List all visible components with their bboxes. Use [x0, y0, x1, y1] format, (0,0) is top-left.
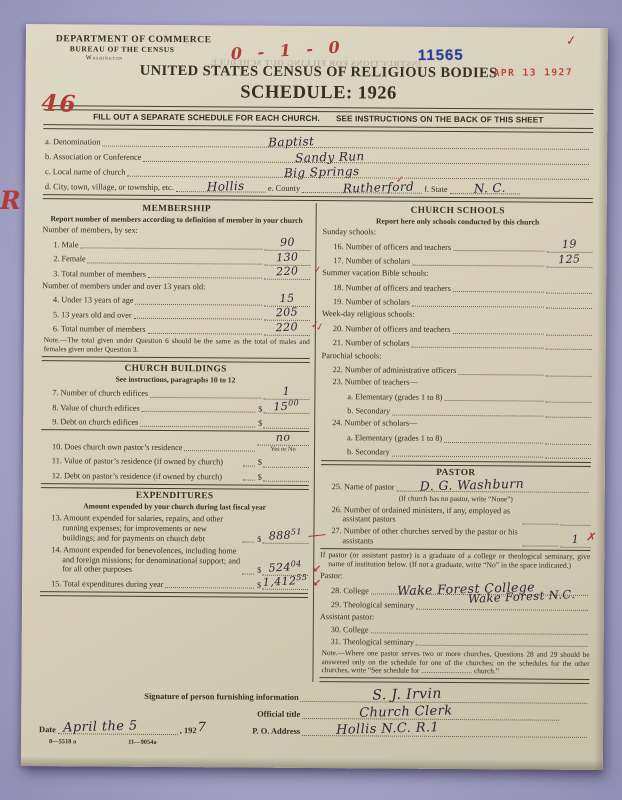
q-label: 21. Number of scholars [333, 338, 410, 348]
rule [42, 356, 310, 363]
q-value: 220 [275, 321, 298, 335]
date-label: Date [39, 725, 56, 735]
form-subtitle: SCHEDULE: 1926 [43, 81, 593, 107]
q-value: 205 [276, 307, 299, 321]
group-label: Parochial schools: [322, 351, 592, 363]
expenditures-subtitle: Amount expended by your church during la… [41, 502, 309, 513]
official-title-label: Official title [257, 709, 300, 719]
q5-row: 5. 13 years old and over 205 [42, 307, 310, 321]
q-label: 11. Value of pastor’s residence (if owne… [52, 456, 241, 467]
q-value: 888 [269, 529, 292, 543]
membership-subtitle: Report number of members according to de… [43, 215, 311, 226]
rule [321, 460, 591, 467]
margin-letter-annotation: R [0, 186, 21, 215]
q-label: 6. Total number of members [53, 324, 146, 334]
dollar-sign: $ [258, 419, 262, 429]
q16-row: 16. Number of officers and teachers 19 [322, 239, 592, 253]
q24a-row: a. Elementary (grades 1 to 8) [321, 431, 591, 445]
buildings-subtitle: See instructions, paragraphs 10 to 12 [41, 375, 309, 386]
q17-row: 17. Number of scholars 125 [322, 254, 592, 268]
expenditures-title: EXPENDITURES [41, 490, 309, 503]
q-label: 3. Total number of members [53, 269, 146, 279]
form-code-1: 8—5518 a [49, 738, 76, 746]
dollar-sign: $ [258, 472, 262, 482]
schools-subtitle: Report here only schools conducted by th… [323, 217, 593, 228]
group-label: Number of members, by sex: [43, 225, 311, 237]
q-value: 220 [276, 266, 299, 280]
form-columns: MEMBERSHIP Report number of members acco… [39, 201, 592, 683]
received-date-stamp: APR 13 1927 [494, 67, 574, 79]
q21-row: 21. Number of scholars [322, 336, 592, 350]
q-label: 26. Number of ordained ministers, if any… [332, 505, 521, 526]
q-value: 90 [280, 237, 295, 251]
q-label: b. Secondary [347, 406, 390, 416]
field-label: e. County [268, 184, 300, 194]
red-arrow: ↙ [313, 564, 321, 576]
q22-row: 22. Number of administrative officers [322, 363, 592, 377]
field-label: a. Denomination [45, 137, 100, 147]
q14-row: 14. Amount expended for benevolences, in… [40, 545, 308, 576]
margin-number-annotation: 46 [41, 89, 78, 118]
checkmark: ✓ [312, 265, 322, 278]
serial-number-stamp: 11565 [418, 47, 464, 65]
field-label: d. City, town, village, or township, etc… [45, 182, 174, 193]
group-label: Sunday schools: [323, 227, 593, 239]
q-label: 4. Under 13 years of age [53, 295, 134, 305]
q-label: 25. Name of pastor [332, 482, 395, 492]
q20-row: 20. Number of officers and teachers [322, 322, 592, 336]
q-value: 130 [276, 251, 299, 265]
field-city-county-state: d. City, town, village, or township, etc… [45, 177, 591, 196]
q-label: 16. Number of officers and teachers [333, 242, 451, 252]
red-arrow: ↙ [313, 578, 321, 590]
q2-row: 2. Female 130 [42, 252, 310, 266]
q-label: 19. Number of scholars [333, 297, 410, 307]
rule [40, 591, 308, 598]
q24-heading: 24. Number of scholars— [321, 418, 591, 430]
q1-row: 1. Male 90 [42, 237, 310, 251]
q-label: 1. Male [53, 240, 78, 250]
q15-row: 15. Total expenditures during year $ 1,4… [40, 576, 308, 590]
q-label: 7. Number of church edifices [52, 389, 148, 399]
q-label: a. Elementary (grades 1 to 8) [347, 433, 442, 443]
q-value: no [276, 431, 291, 445]
q-label: b. Secondary [347, 448, 390, 458]
q-label: 5. 13 years old and over [53, 310, 132, 320]
right-column: CHURCH SCHOOLS Report here only schools … [313, 203, 592, 684]
q-value-cents: 04 [290, 559, 301, 568]
q9-row: 9. Debt on church edifices $ [41, 415, 309, 429]
q-label: 31. Theological seminary [331, 637, 414, 647]
po-address-value: Hollis N.C. R.1 [336, 720, 439, 738]
q-value: 125 [558, 253, 581, 267]
q-value: 524 [268, 560, 291, 574]
seminary-value: Wake Forest N.C. [468, 588, 576, 606]
dollar-sign: $ [257, 566, 261, 576]
q4-row: 4. Under 13 years of age 15 [42, 293, 310, 307]
q23a-row: a. Elementary (grades 1 to 8) [321, 389, 591, 403]
rule [41, 430, 309, 433]
year-printed: , 192 [180, 726, 197, 736]
q-label: 17. Number of scholars [333, 256, 410, 266]
q23-heading: 23. Number of teachers— [321, 377, 591, 389]
form-code-2: 11—9054a [128, 738, 156, 746]
dollar-sign: $ [258, 458, 262, 468]
census-form-paper: INSTRUCTIONS FOR FILLING OUT SCHEDULE DE… [21, 24, 608, 770]
q11-row: 11. Value of pastor’s residence (if owne… [41, 454, 309, 468]
signature-value: S. J. Irvin [372, 686, 442, 704]
red-cross-mark: ✗ [585, 529, 597, 544]
q27-row: 27. Number of other churches served by t… [320, 527, 590, 548]
date-address-row: Date April the 5 , 192 7 P. O. Address H… [39, 718, 589, 739]
q-label: 9. Debt on church edifices [52, 418, 138, 428]
assistant-pastor-heading: Assistant pastor: [320, 612, 590, 624]
field-label: f. State [424, 185, 448, 195]
signature-row: Signature of person furnishing informati… [144, 685, 589, 705]
rule [319, 677, 589, 684]
q3-row: 3. Total number of members 220✓ [42, 266, 310, 280]
field-value: Hollis [206, 179, 244, 194]
q-label: a. Elementary (grades 1 to 8) [347, 392, 442, 402]
rule [41, 483, 309, 490]
pastor-note: Note.—Where one pastor serves two or mor… [321, 649, 589, 677]
q-label: 30. College [331, 625, 369, 635]
q-label: 12. Debt on pastor’s residence (if owned… [52, 471, 241, 482]
graduate-instructions: If pastor (or assistant pastor) is a gra… [320, 551, 590, 571]
membership-note: Note.—The total given under Question 6 s… [44, 336, 310, 355]
q30-row: 30. College [320, 625, 590, 637]
q-value: 15 [273, 399, 288, 413]
field-value: Sandy Run [295, 149, 365, 165]
q26-row: 26. Number of ordained ministers, if any… [321, 505, 591, 526]
q-value: 15 [279, 292, 294, 306]
po-address-label: P. O. Address [252, 726, 300, 736]
q-label: 29. Theological seminary [331, 600, 414, 610]
q31-row: 31. Theological seminary [320, 637, 590, 649]
group-label: Week-day religious schools: [322, 309, 592, 321]
q18-row: 18. Number of officers and teachers [322, 280, 592, 294]
field-value: Big Springs [284, 164, 360, 180]
signature-label: Signature of person furnishing informati… [144, 692, 298, 703]
identification-fields: a. Denomination Baptist b. Association o… [45, 132, 591, 196]
field-value: Baptist [268, 134, 314, 149]
banner-left: FILL OUT A SEPARATE SCHEDULE FOR EACH CH… [93, 113, 320, 124]
q6-row: 6. Total number of members 220✓✓ [42, 322, 310, 336]
left-column: MEMBERSHIP Report number of members acco… [39, 201, 316, 682]
q10-row: 10. Does church own pastor’s residence n… [41, 433, 309, 453]
date-value: April the 5 [62, 719, 137, 736]
yes-no-caption: Yes or No [257, 446, 309, 454]
field-value: N. C. [473, 181, 505, 196]
q-label: 20. Number of officers and teachers [333, 324, 451, 334]
banner-right: SEE INSTRUCTIONS ON THE BACK OF THIS SHE… [336, 115, 544, 125]
group-label: Summer vacation Bible schools: [322, 268, 592, 280]
q12-row: 12. Debt on pastor’s residence (if owned… [41, 469, 309, 483]
q-value: 1 [282, 386, 290, 399]
q-value-cents: 55 [296, 573, 307, 582]
dollar-sign: $ [257, 580, 261, 590]
q-label: 10. Does church own pastor’s residence [52, 442, 182, 453]
q-label: 2. Female [53, 254, 85, 264]
q-label: 15. Total expenditures during year [51, 579, 163, 589]
q25-row: 25. Name of pastor D. G. Washburn [321, 480, 591, 494]
q-label: 13. Amount expended for salaries, repair… [51, 514, 240, 544]
q8-row: 8. Value of church edifices $ 1500 [41, 401, 309, 415]
q29-row: 29. Theological seminary Wake Forest N.C… [320, 598, 590, 612]
pastor-note-caption: (If church has no pastor, write “None”) [321, 494, 591, 504]
q23b-row: b. Secondary [321, 404, 591, 418]
q-value-cents: 51 [291, 527, 302, 536]
q7-row: 7. Number of church edifices 1 [41, 386, 309, 400]
q-value-cents: 00 [288, 398, 299, 407]
checkmark-top-right: ✓ [565, 33, 578, 50]
q24b-row: b. Secondary [321, 445, 591, 459]
q-label: 14. Amount expended for benevolences, in… [51, 545, 240, 575]
q19-row: 19. Number of scholars [322, 295, 592, 309]
q-label: 28. College [331, 586, 369, 596]
scan-background: R INSTRUCTIONS FOR FILLING OUT SCHEDULE … [0, 0, 622, 800]
q-label: 18. Number of officers and teachers [333, 283, 451, 293]
q-label: 8. Value of church edifices [52, 403, 139, 413]
dollar-sign: $ [257, 534, 261, 544]
form-codes: 8—5518 a 11—9054a [49, 738, 589, 749]
q-value: 1,412 [263, 575, 297, 590]
q-label: 22. Number of administrative officers [333, 365, 457, 376]
q-label: 27. Number of other churches served by t… [331, 527, 520, 548]
dollar-sign: $ [258, 404, 262, 414]
official-title-value: Church Clerk [359, 704, 453, 722]
signature-block: Signature of person furnishing informati… [39, 684, 589, 749]
buildings-title: CHURCH BUILDINGS [42, 363, 310, 376]
official-title-row: Official title Church Clerk [257, 702, 561, 721]
field-label: c. Local name of church [45, 167, 125, 177]
field-label: b. Association or Conference [45, 152, 141, 162]
year-value: 7 [198, 721, 207, 736]
q-value: 1 [571, 534, 579, 547]
q-value: 19 [562, 239, 577, 253]
checkmark-county: ✓ [396, 175, 404, 187]
group-label: Number of members under and over 13 year… [42, 281, 310, 293]
q13-row: 13. Amount expended for salaries, repair… [40, 513, 308, 544]
pastor-name-value: D. G. Washburn [419, 477, 524, 495]
